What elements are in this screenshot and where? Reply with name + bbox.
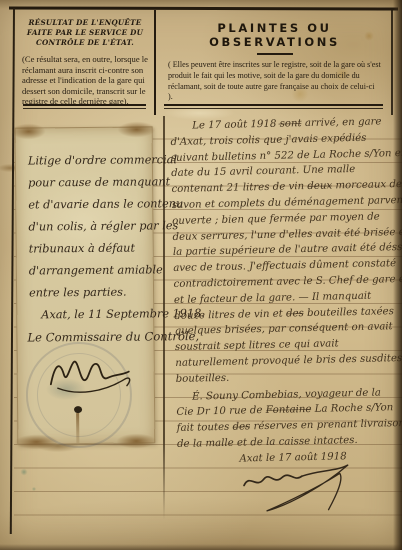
result-box-rule — [23, 104, 146, 109]
result-header-title: RÉSULTAT DE L'ENQUÊTE FAITE PAR LE SERVI… — [22, 18, 148, 48]
ink-drip — [76, 413, 79, 443]
result-note-officer: Le Commissaire du Contrôle, — [17, 325, 153, 349]
result-note-text: Litige d'ordre commercialpour cause de m… — [16, 127, 154, 304]
bottom-edge-shadow — [0, 544, 402, 550]
glue-stain — [14, 434, 58, 449]
handwritten-line: d'un colis, à régler par les — [28, 215, 146, 238]
complainant-signature — [236, 461, 367, 516]
handwritten-line: pour cause de manquant — [28, 171, 146, 194]
plaintes-header-note: ( Elles peuvent être inscrites sur le re… — [168, 60, 381, 103]
result-header-box: RÉSULTAT DE L'ENQUÊTE FAITE PAR LE SERVI… — [15, 10, 156, 115]
title-underline — [257, 53, 293, 55]
pasted-result-note: Litige d'ordre commercialpour cause de m… — [15, 126, 156, 444]
handwritten-line: Litige d'ordre commercial — [28, 149, 146, 172]
plaintes-box-rule — [164, 104, 383, 109]
printed-header: RÉSULTAT DE L'ENQUÊTE FAITE PAR LE SERVI… — [15, 10, 393, 115]
plaintes-header-box: PLAINTES OU OBSERVATIONS ( Elles peuvent… — [156, 10, 393, 115]
handwritten-line: entre les parties. — [29, 281, 147, 304]
complaint-paragraph: Le 17 août 1918 s̶o̶n̶t̶ arrivé, en gare… — [170, 114, 401, 387]
handwritten-line: tribunaux à défaut — [29, 237, 147, 260]
complaint-closing: É. Souny Combebias, voyageur de laCie Dr… — [176, 385, 402, 453]
glue-stain — [116, 433, 156, 448]
result-header-note: (Ce résultat sera, en outre, lorsque le … — [22, 54, 148, 107]
complaint-entry: Le 17 août 1918 s̶o̶n̶t̶ arrivé, en gare… — [170, 114, 402, 517]
ink-blot — [74, 406, 82, 413]
plaintes-header-title: PLAINTES OU OBSERVATIONS — [168, 21, 381, 49]
result-note-date: Axat, le 11 Septembre 1918. — [17, 303, 153, 326]
register-page: RÉSULTAT DE L'ENQUÊTE FAITE PAR LE SERVI… — [0, 0, 402, 550]
handwritten-line: d'arrangement amiable — [29, 259, 147, 282]
commissaire-signature — [44, 353, 140, 398]
handwritten-line: et d'avarie dans le contenu — [28, 193, 146, 216]
